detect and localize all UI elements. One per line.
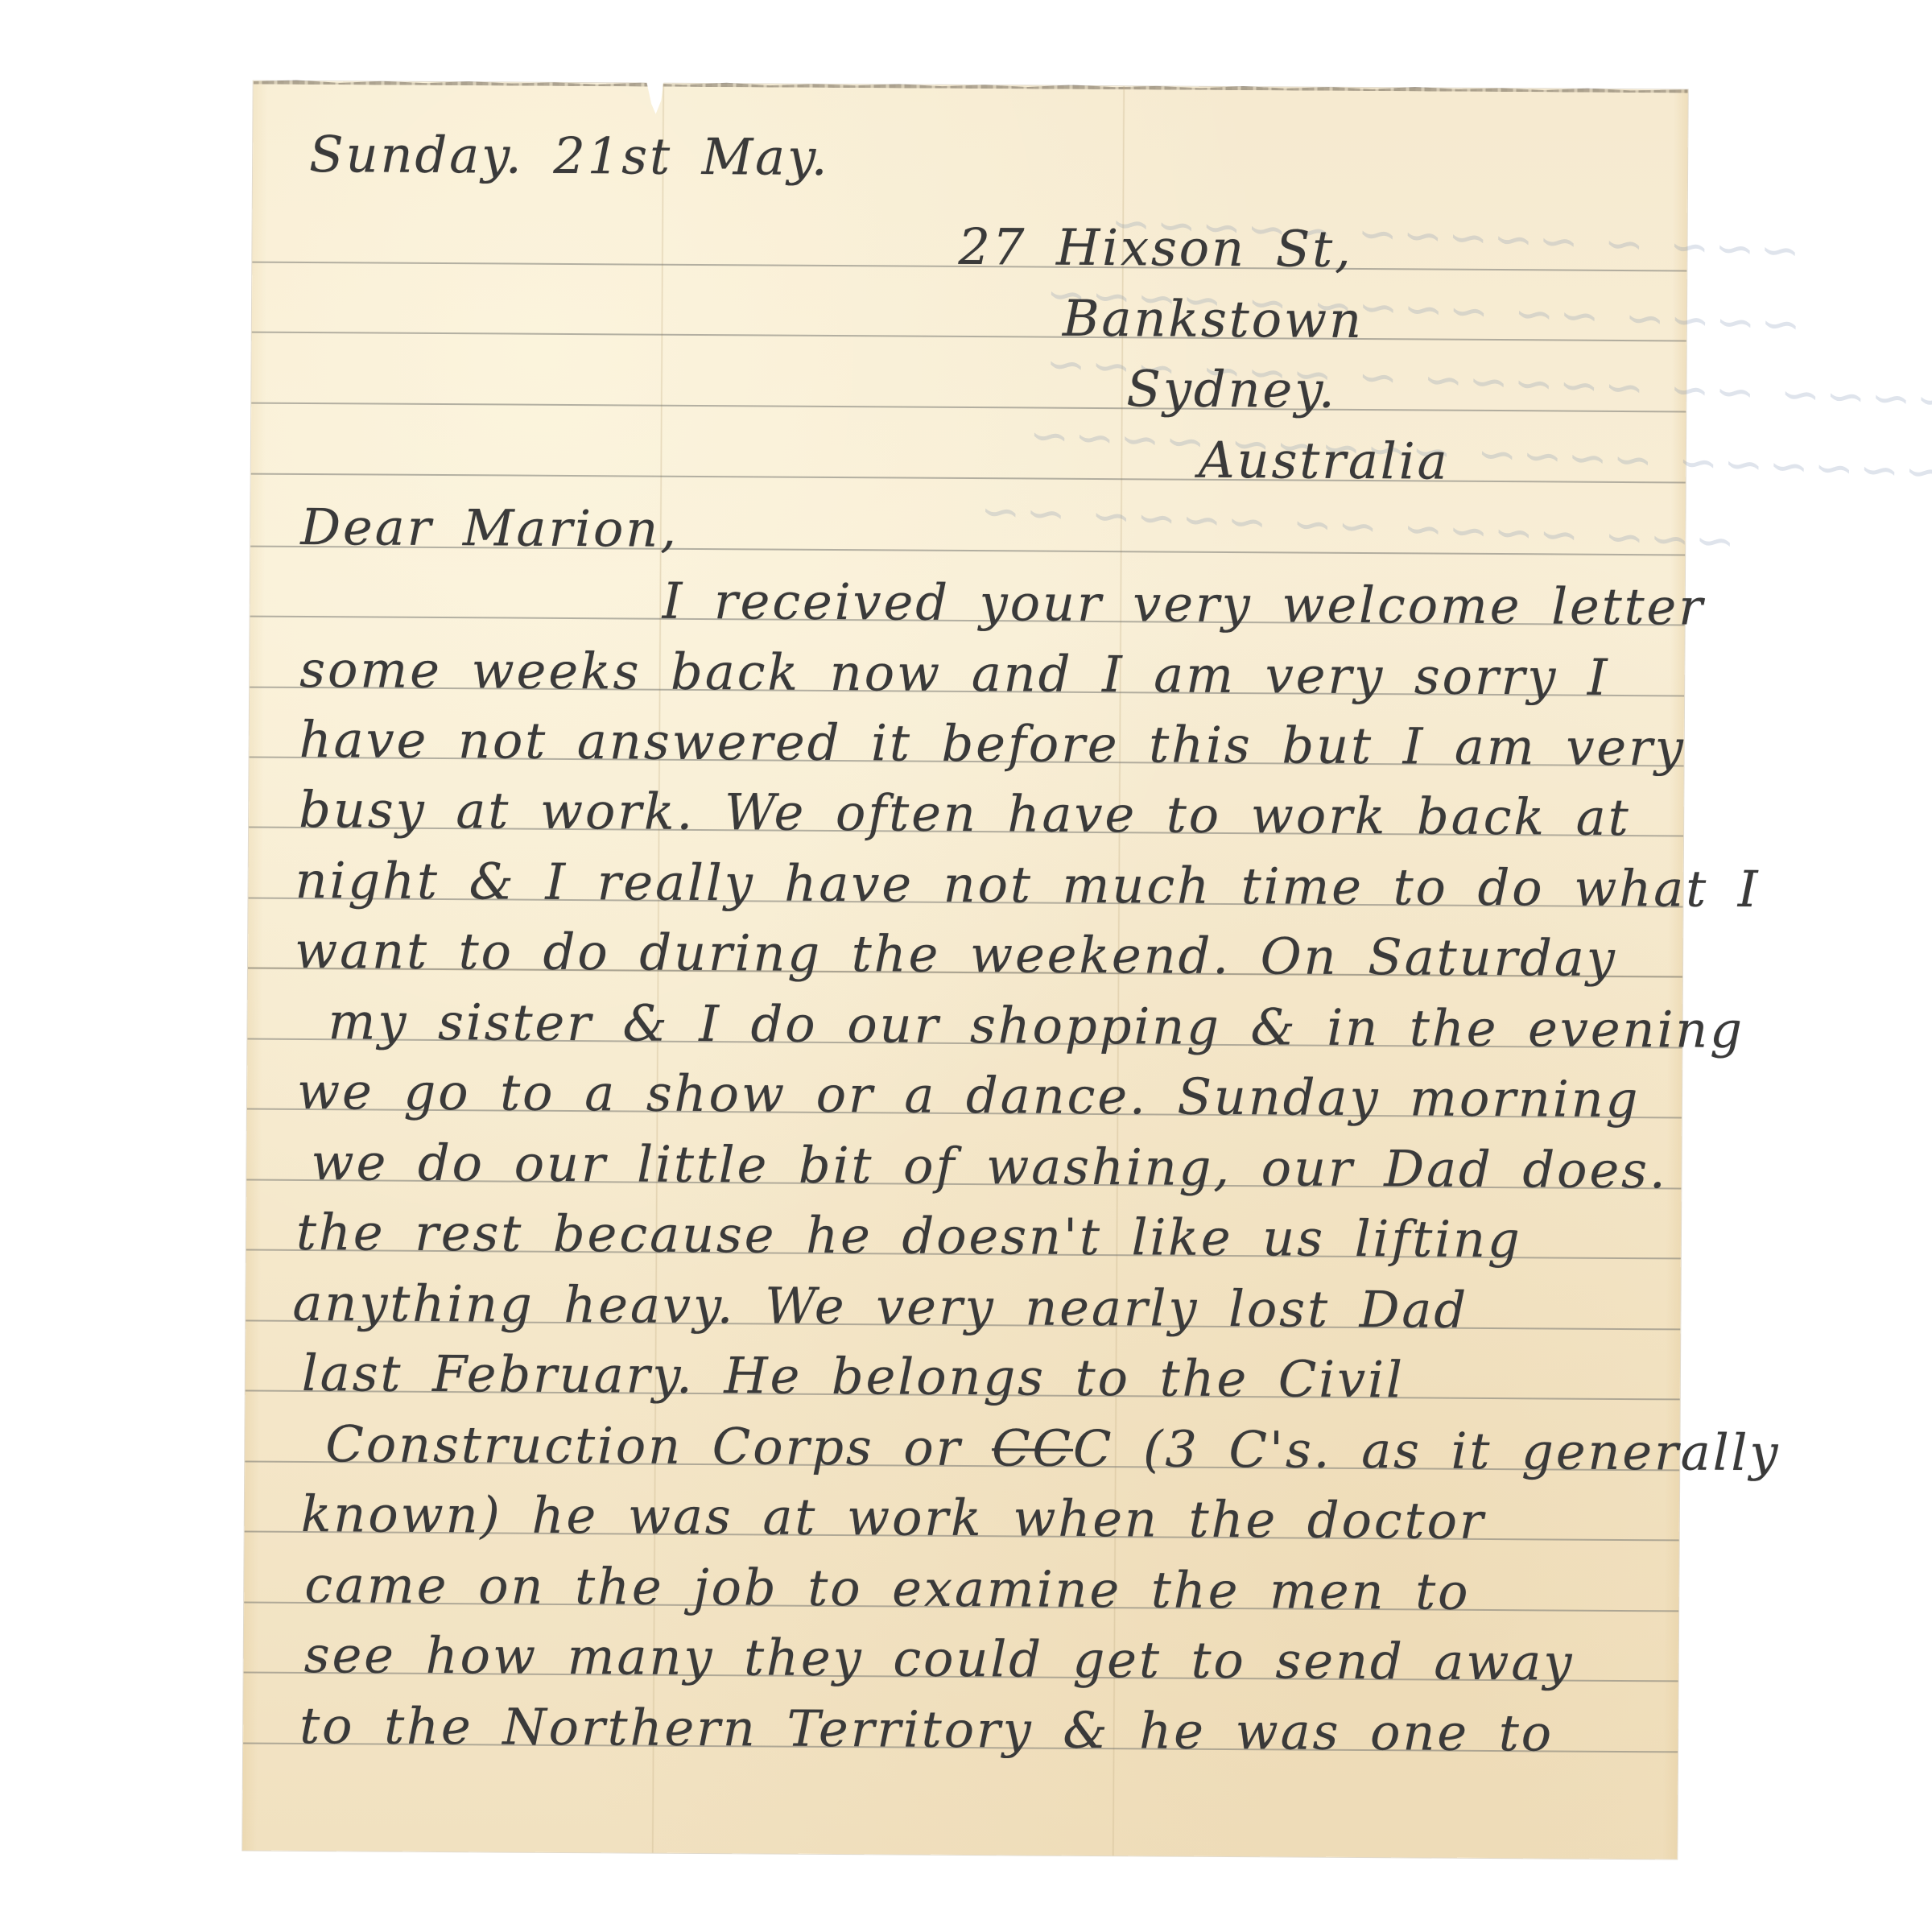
letter-date: Sunday. 21st May.: [309, 130, 830, 183]
letter-paper: ~~~ ~ ~~~~~ ~~~~~ ~~~~ ~~ ~~~~ ~ ~~~~ ~~…: [242, 81, 1687, 1860]
body-line: night & I really have not much time to d…: [295, 856, 1760, 914]
struck-out-text: CC: [992, 1418, 1073, 1478]
address-country: Australia: [1199, 436, 1450, 487]
body-line: we go to a show or a dance. Sunday morni…: [297, 1067, 1641, 1125]
address-city: Sydney.: [1126, 364, 1337, 415]
body-line: want to do during the weekend. On Saturd…: [295, 926, 1617, 984]
body-line: I received your very welcome letter: [663, 576, 1705, 633]
body-line: to the Northern Territory & he was one t…: [299, 1701, 1554, 1759]
body-line-with-correction: Construction Corps or CCC (3 C's. as it …: [325, 1419, 1780, 1478]
paper-tear-notch: [646, 80, 663, 114]
body-line-text: C (3 C's. as it generally: [1073, 1419, 1781, 1482]
ruled-line: [251, 473, 1686, 484]
body-line: anything heavy. We very nearly lost Dad: [292, 1278, 1468, 1335]
salutation: Dear Marion,: [300, 502, 679, 555]
body-line: last February. He belongs to the Civil: [302, 1348, 1405, 1405]
body-line: some weeks back now and I am very sorry …: [299, 645, 1610, 703]
body-line: see how many they could get to send away: [304, 1630, 1575, 1688]
body-line: my sister & I do our shopping & in the e…: [328, 997, 1744, 1055]
body-line: known) he was at work when the doctor: [301, 1489, 1486, 1546]
body-line: came on the job to examine the men to: [304, 1560, 1471, 1617]
body-line: have not answered it before this but I a…: [299, 715, 1686, 774]
reverse-side-show-through: ~~~~~~~ ~~~~ ~~~~~ ~~~~: [1023, 407, 1932, 503]
address-suburb: Bankstown: [1063, 294, 1364, 345]
body-line-text: Construction Corps or: [325, 1414, 962, 1477]
ruled-line: [251, 402, 1686, 413]
reverse-side-show-through: ~~~ ~~~~ ~~ ~~~~ ~~: [974, 483, 1736, 571]
body-line: busy at work. We often have to work back…: [299, 785, 1631, 843]
body-line: we do our little bit of washing, our Dad…: [311, 1137, 1668, 1195]
address-street: 27 Hixson St,: [958, 222, 1353, 275]
body-line: the rest because he doesn't like us lift…: [296, 1207, 1522, 1265]
ruled-line: [252, 332, 1686, 342]
